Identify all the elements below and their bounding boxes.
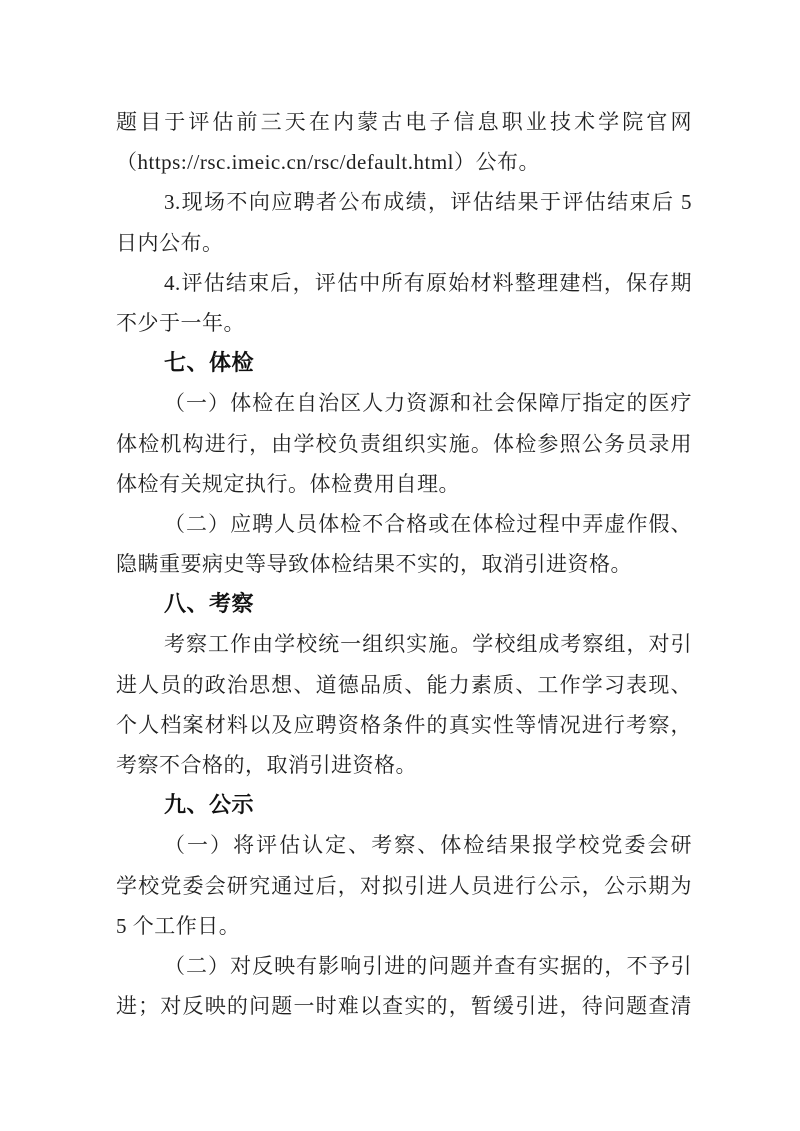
text-line: 体检机构进行，由学校负责组织实施。体检参照公务员录用 <box>116 424 692 464</box>
text-line: 5 个工作日。 <box>116 906 692 946</box>
text-line: 4.评估结束后，评估中所有原始材料整理建档，保存期 <box>116 263 692 303</box>
text-line: 日内公布。 <box>116 223 692 263</box>
document-page: 题目于评估前三天在内蒙古电子信息职业技术学院官网（https://rsc.ime… <box>0 0 800 1131</box>
text-line: 进人员的政治思想、道德品质、能力素质、工作学习表现、 <box>116 665 692 705</box>
section-heading: 七、体检 <box>116 343 692 383</box>
text-line: （二）对反映有影响引进的问题并查有实据的，不予引 <box>116 946 692 986</box>
text-line: 隐瞒重要病史等导致体检结果不实的，取消引进资格。 <box>116 544 692 584</box>
text-line: 体检有关规定执行。体检费用自理。 <box>116 464 692 504</box>
text-line: 不少于一年。 <box>116 303 692 343</box>
text-line: 3.现场不向应聘者公布成绩，评估结果于评估结束后 5 <box>116 182 692 222</box>
section-heading: 九、公示 <box>116 785 692 825</box>
text-line: （一）体检在自治区人力资源和社会保障厅指定的医疗 <box>116 383 692 423</box>
section-heading: 八、考察 <box>116 584 692 624</box>
text-line: 学校党委会研究通过后，对拟引进人员进行公示，公示期为 <box>116 866 692 906</box>
text-line: 题目于评估前三天在内蒙古电子信息职业技术学院官网 <box>116 102 692 142</box>
text-line: 个人档案材料以及应聘资格条件的真实性等情况进行考察， <box>116 705 692 745</box>
text-line: 考察不合格的，取消引进资格。 <box>116 745 692 785</box>
text-line: 进；对反映的问题一时难以查实的，暂缓引进，待问题查清 <box>116 986 692 1026</box>
text-block: 题目于评估前三天在内蒙古电子信息职业技术学院官网（https://rsc.ime… <box>116 102 692 1026</box>
text-line: （一）将评估认定、考察、体检结果报学校党委会研究， <box>116 825 692 865</box>
text-line: 考察工作由学校统一组织实施。学校组成考察组，对引 <box>116 624 692 664</box>
text-line: （https://rsc.imeic.cn/rsc/default.html）公… <box>116 142 692 182</box>
text-line: （二）应聘人员体检不合格或在体检过程中弄虚作假、 <box>116 504 692 544</box>
